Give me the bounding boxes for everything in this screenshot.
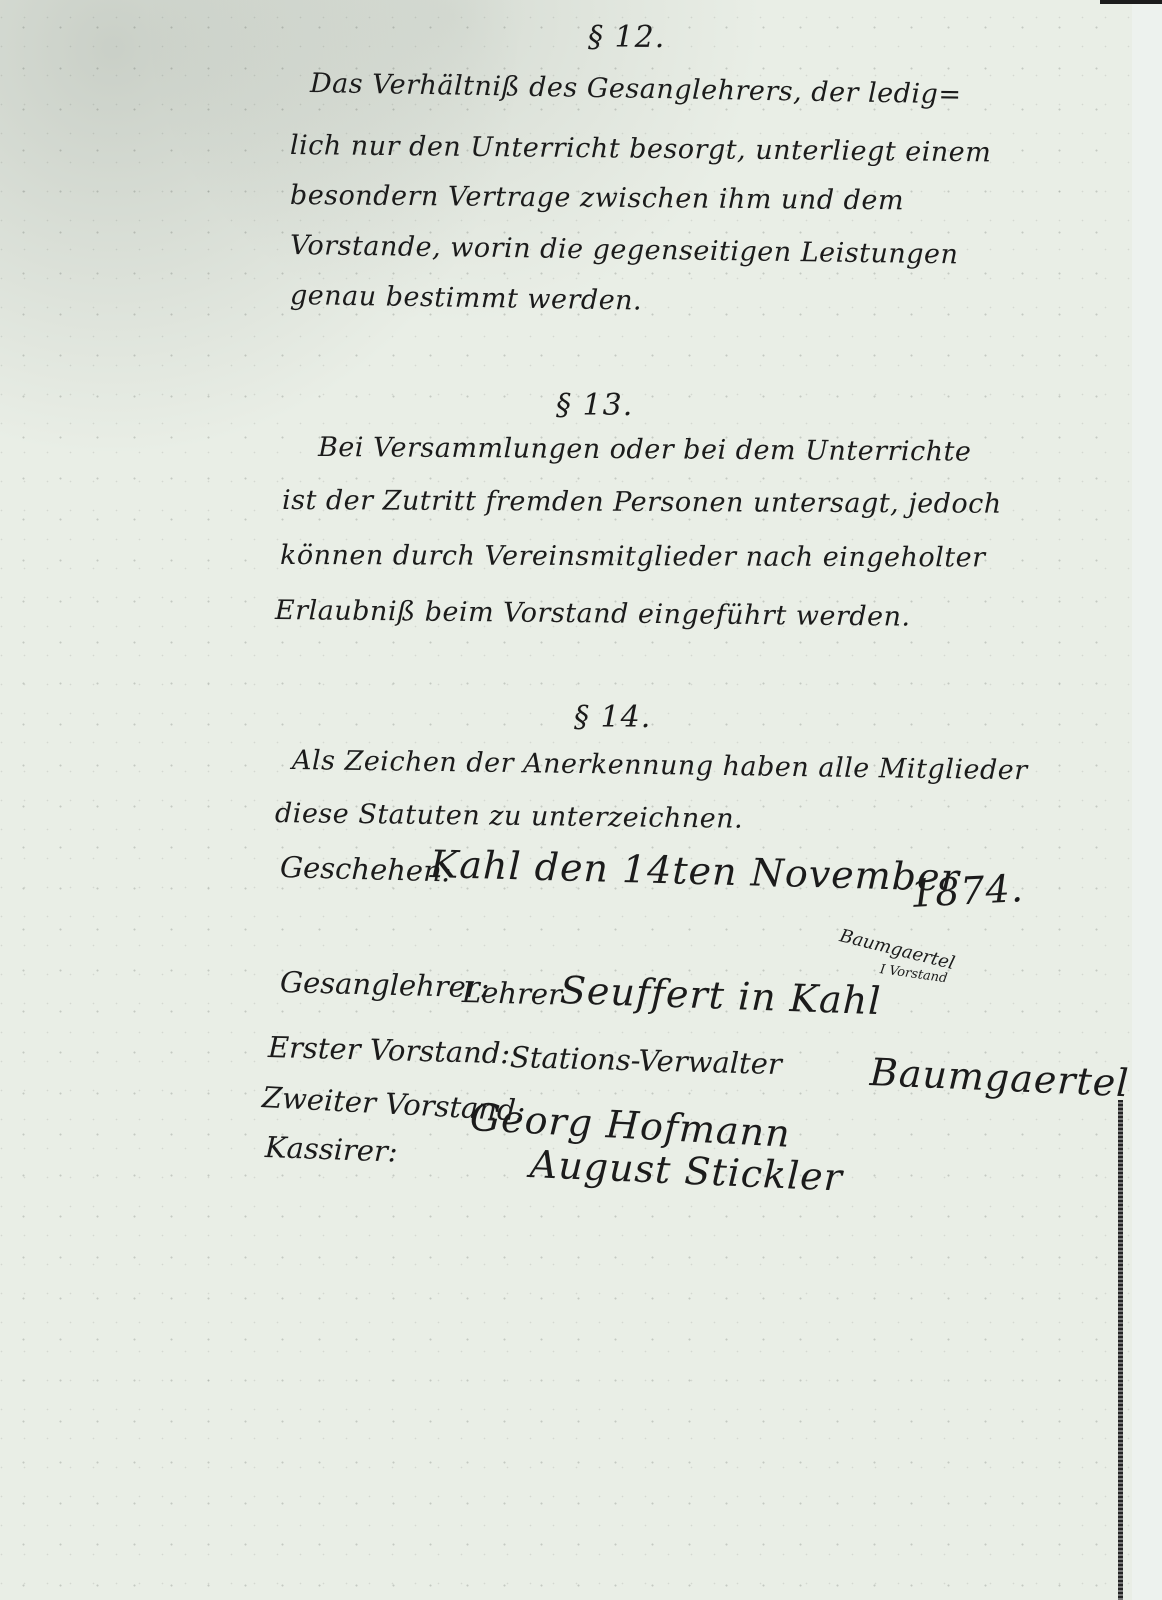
section-12-line-4: Vorstande, worin die gegenseitigen Leist… (290, 230, 959, 270)
section-14-line-1: Als Zeichen der Anerkennung haben alle M… (292, 745, 1028, 786)
signature-role-erster-vorstand: Erster Vorstand: (268, 1030, 511, 1070)
section-14-heading: § 14. (574, 700, 651, 735)
section-13-line-1: Bei Versammlungen oder bei dem Unterrich… (318, 432, 972, 468)
page-edge-line (1118, 1100, 1123, 1600)
section-12-line-2: lich nur den Unterricht besorgt, unterli… (290, 130, 992, 168)
section-13-line-3: können durch Vereinsmitglieder nach eing… (280, 540, 986, 573)
signature-name-big-erster-vorstand: Baumgaertel (869, 1050, 1130, 1105)
section-12-line-1: Das Verhältniß des Gesanglehrers, der le… (310, 68, 962, 110)
scan-top-edge (1100, 0, 1162, 4)
signature-role-gesanglehrer: Gesanglehrer: (280, 965, 490, 1004)
dated-year: 1874. (909, 866, 1025, 916)
document-page: § 12. Das Verhältniß des Gesanglehrers, … (0, 0, 1132, 1600)
signature-name-big-gesanglehrer: Seuffert in Kahl (559, 968, 882, 1023)
section-13-line-4: Erlaubniß beim Vorstand eingeführt werde… (275, 595, 911, 633)
signature-role-kassirer: Kassirer: (264, 1130, 398, 1169)
section-12-line-5: genau bestimmt werden. (290, 280, 643, 317)
section-12-line-3: besondern Vertrage zwischen ihm und dem (290, 180, 904, 216)
section-12-heading: § 12. (588, 20, 665, 55)
signature-name-kassirer: August Stickler (529, 1142, 844, 1200)
signature-name-gesanglehrer: Lehrer (462, 975, 563, 1012)
dated-place-date: Kahl den 14ten November (429, 842, 960, 900)
signature-name-erster-vorstand: Stations-Verwalter (510, 1040, 783, 1081)
scan-margin-strip (1132, 0, 1162, 1600)
section-13-line-2: ist der Zutritt fremden Personen untersa… (282, 485, 1002, 520)
dated-label: Geschehen: (280, 850, 452, 888)
section-14-line-2: diese Statuten zu unterzeichnen. (275, 798, 744, 835)
section-13-heading: § 13. (556, 388, 633, 423)
